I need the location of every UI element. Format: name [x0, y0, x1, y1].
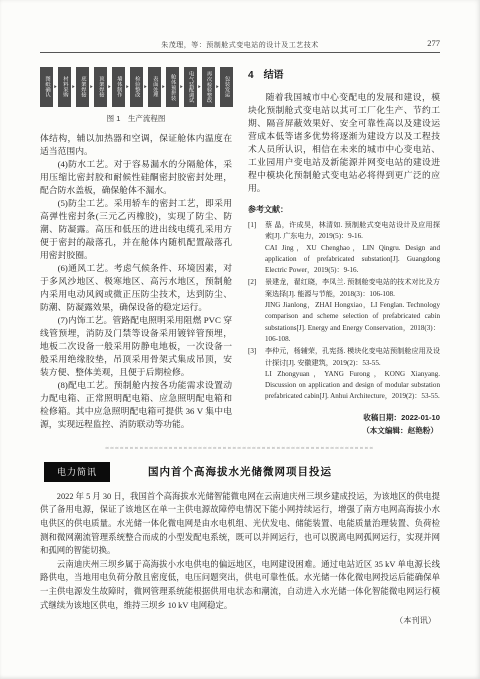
flow-step: 图纸确认 [40, 67, 53, 107]
running-title: 朱茂理，等：预制舱式变电站的设计及工艺技术 [40, 40, 440, 50]
paper-page: 朱茂理，等：预制舱式变电站的设计及工艺技术 277 图纸确认 ► 材料采购 ► … [0, 0, 480, 679]
reference-item: [1] 蔡 晶，许成昊，林清如. 预制舱式变电站设计及应用探索[J]. 广东电力… [248, 220, 440, 276]
reference-item: [3] 李仲元，杨辅荣，孔宪扬. 模块化变电站预制舱应用及设计探讨[J]. 安徽… [248, 346, 440, 402]
body-paragraph: (6)通风工艺。考虑气候条件、环境因素，对于多风沙地区、极寒地区、高污水地区，预… [40, 262, 232, 314]
flow-step-label: 检验整改 [130, 76, 143, 97]
reference-text: 景建龙，翟红晓，李凤兰. 预制舱变电站的技术对比及方案选择[J]. 能源与节能，… [265, 277, 440, 345]
flow-step: 表面处理 [148, 67, 161, 107]
references-heading: 参考文献： [248, 203, 440, 216]
flow-step: 墙体制作 [112, 67, 125, 107]
reference-number: [1] [248, 220, 265, 276]
flow-step-label: 包装发运 [220, 76, 233, 97]
decorative-separator: ≈≈≈≈≈≈≈≈≈≈≈≈≈≈≈≈≈≈≈≈≈≈≈≈≈≈≈≈≈≈≈≈≈≈≈≈≈≈≈≈… [40, 445, 440, 453]
flow-step-label: 墙体制作 [112, 76, 125, 97]
right-column: 4结语 随着我国城市中心变配电的发展和建设，模块化预制舱式变电站以其可工厂化生产… [248, 67, 440, 437]
flow-arrow-icon: ► [215, 81, 219, 94]
reference-zh: 李仲元，杨辅荣，孔宪扬. 模块化变电站预制舱应用及设计探讨[J]. 安徽建筑，2… [265, 346, 440, 369]
reference-number: [3] [248, 346, 265, 402]
flow-step-label: 图纸确认 [40, 76, 53, 97]
flow-arrow-icon: ► [197, 81, 201, 94]
running-head: 朱茂理，等：预制舱式变电站的设计及工艺技术 277 [40, 40, 440, 53]
reference-text: 蔡 晶，许成昊，林清如. 预制舱式变电站设计及应用探索[J]. 广东电力，201… [265, 220, 440, 276]
reference-text: 李仲元，杨辅荣，孔宪扬. 模块化变电站预制舱应用及设计探讨[J]. 安徽建筑，2… [265, 346, 440, 402]
reference-en: JING Jianlong，ZHAI Hongxiao，LI Fenglan. … [265, 300, 440, 345]
flow-step-label: 舱体预拼装 [166, 74, 179, 101]
flow-arrow-icon: ► [161, 81, 165, 94]
page-number: 277 [427, 38, 440, 48]
production-flowchart: 图纸确认 ► 材料采购 ► 底架焊接 ► 顶架焊接 ► 墙体制作 ► 检验整改 … [40, 67, 232, 107]
figure-caption: 图 1 生产流程图 [40, 112, 232, 125]
flow-step-label: 电气装配调试 [184, 71, 197, 103]
reference-zh: 景建龙，翟红晓，李凤兰. 预制舱变电站的技术对比及方案选择[J]. 能源与节能，… [265, 277, 440, 300]
news-byline: （本刊讯） [40, 615, 440, 626]
body-paragraph: (5)防尘工艺。采用轿车的密封工艺，即采用高弹性密封条(三元乙丙橡胶)，实现了防… [40, 197, 232, 262]
news-paragraph: 云南迪庆州三坝乡属于高海拔小水电供电的偏远地区，电网建设困难。通过电站近区 35… [40, 558, 440, 612]
reference-number: [2] [248, 277, 265, 345]
section-number: 4 [248, 70, 254, 81]
flow-arrow-icon: ► [53, 81, 57, 94]
news-header: 国内首个高海拔水光储微网项目投运 电力简讯 [40, 462, 440, 482]
conclusion-paragraph: 随着我国城市中心变配电的发展和建设，模块化预制舱式变电站以其可工厂化生产、节约工… [248, 91, 440, 195]
flow-arrow-icon: ► [125, 81, 129, 94]
flow-step-label: 再次检验整改 [202, 71, 215, 103]
flow-step-label: 表面处理 [148, 76, 161, 97]
flow-arrow-icon: ► [89, 81, 93, 94]
section-heading: 4结语 [248, 69, 440, 82]
flow-step: 材料采购 [58, 67, 71, 107]
flow-arrow-icon: ► [179, 81, 183, 94]
flow-step: 再次检验整改 [202, 67, 215, 107]
body-paragraph: (7)内饰工艺。管路配电照明采用阻燃 PVC 穿线管预埋，消防及门禁等设备采用镀… [40, 314, 232, 379]
flow-step-label: 底架焊接 [76, 76, 89, 97]
flow-arrow-icon: ► [143, 81, 147, 94]
body-paragraph: (8)配电工艺。预制舱内按各功能需求设置动力配电箱、正常照明配电箱、应急照明配电… [40, 379, 232, 431]
flow-arrow-icon: ► [71, 81, 75, 94]
flow-step: 检验整改 [130, 67, 143, 107]
flow-step-label: 材料采购 [58, 76, 71, 97]
flow-step: 舱体预拼装 [166, 67, 179, 107]
left-column: 图纸确认 ► 材料采购 ► 底架焊接 ► 顶架焊接 ► 墙体制作 ► 检验整改 … [40, 67, 232, 437]
news-paragraph: 2022 年 5 月 30 日，我国首个高海拔水光储智能微电网在云南迪庆州三坝乡… [40, 490, 440, 558]
news-label-badge: 电力简讯 [44, 462, 110, 482]
news-body: 2022 年 5 月 30 日，我国首个高海拔水光储智能微电网在云南迪庆州三坝乡… [40, 490, 440, 612]
flow-arrow-icon: ► [107, 81, 111, 94]
body-paragraph: (4)防水工艺。对于容易漏水的分隔舱体，采用压缩比密封胶和耐候性硅酮密封胶密封处… [40, 158, 232, 197]
flow-step: 底架焊接 [76, 67, 89, 107]
flow-step: 电气装配调试 [184, 67, 197, 107]
received-date: 收稿日期：2022-01-10 [248, 411, 440, 424]
reference-en: LI Zhongyuan，YANG Furong，KONG Xianyang. … [265, 369, 440, 403]
two-column-body: 图纸确认 ► 材料采购 ► 底架焊接 ► 顶架焊接 ► 墙体制作 ► 检验整改 … [40, 67, 440, 437]
body-paragraph: 体结构，辅以加热器和空调，保证舱体内温度在适当范围内。 [40, 132, 232, 158]
news-brief-section: ≈≈≈≈≈≈≈≈≈≈≈≈≈≈≈≈≈≈≈≈≈≈≈≈≈≈≈≈≈≈≈≈≈≈≈≈≈≈≈≈… [40, 445, 440, 626]
flow-step-label: 顶架焊接 [94, 76, 107, 97]
flow-step: 包装发运 [220, 67, 233, 107]
editor-note: （本文编辑：赵艳粉） [248, 424, 440, 437]
flow-step: 顶架焊接 [94, 67, 107, 107]
section-title: 结语 [264, 70, 284, 81]
reference-zh: 蔡 晶，许成昊，林清如. 预制舱式变电站设计及应用探索[J]. 广东电力，201… [265, 220, 440, 243]
reference-item: [2] 景建龙，翟红晓，李凤兰. 预制舱变电站的技术对比及方案选择[J]. 能源… [248, 277, 440, 345]
reference-en: CAI Jing，XU Chenghao，LIN Qingru. Design … [265, 243, 440, 277]
